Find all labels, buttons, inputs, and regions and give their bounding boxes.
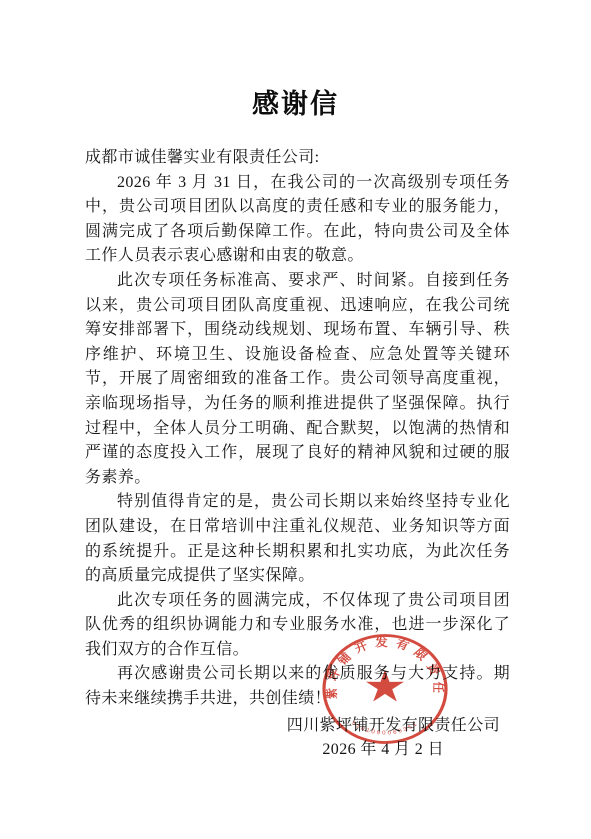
paragraph: 特别值得肯定的是，贵公司长期以来始终坚持专业化团队建设，在日常培训中注重礼仪规范… — [85, 490, 510, 588]
letter-body: 成都市诚佳馨实业有限责任公司: 2026 年 3 月 31 日，在我公司的一次高… — [85, 146, 510, 763]
paragraph: 再次感谢贵公司长期以来的优质服务与大力支持。期待未来继续携手共进，共创佳绩！ — [85, 662, 510, 711]
signature-block: 四川紫坪铺开发有限责任公司 2026 年 4 月 2 日 — [85, 714, 510, 763]
letter-page: 感谢信 成都市诚佳馨实业有限责任公司: 2026 年 3 月 31 日，在我公司… — [0, 0, 591, 839]
letter-paragraphs: 2026 年 3 月 31 日，在我公司的一次高级别专项任务中，贵公司项目团队以… — [85, 171, 510, 712]
letter-title: 感谢信 — [0, 0, 591, 121]
signature-company: 四川紫坪铺开发有限责任公司 — [85, 714, 510, 739]
paragraph: 2026 年 3 月 31 日，在我公司的一次高级别专项任务中，贵公司项目团队以… — [85, 171, 510, 269]
signature-date: 2026 年 4 月 2 日 — [85, 738, 510, 763]
paragraph: 此次专项任务的圆满完成，不仅体现了贵公司项目团队优秀的组织协调能力和专业服务水准… — [85, 589, 510, 663]
paragraph: 此次专项任务标准高、要求严、时间紧。自接到任务以来，贵公司项目团队高度重视、迅速… — [85, 269, 510, 490]
salutation: 成都市诚佳馨实业有限责任公司: — [85, 146, 510, 171]
